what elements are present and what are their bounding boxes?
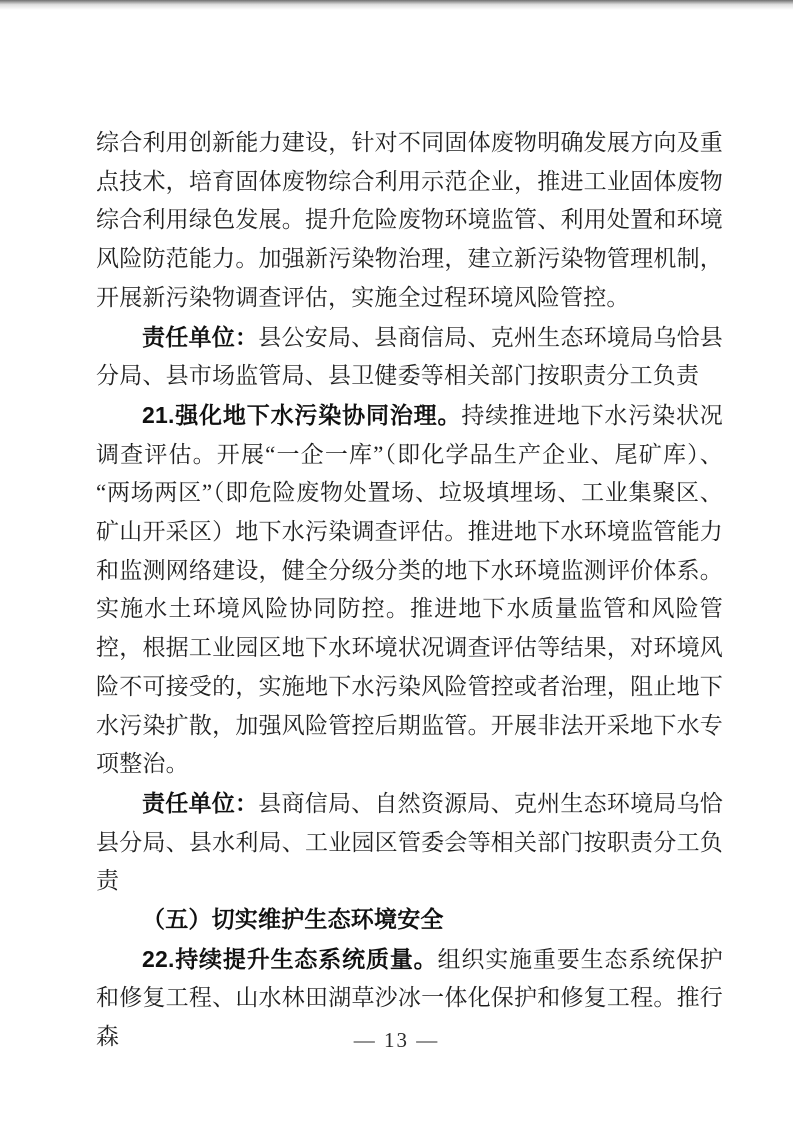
paragraph: 21.强化地下水污染协同治理。持续推进地下水污染状况调查评估。开展“一企一库”（… xyxy=(96,396,723,784)
paragraph: 综合利用创新能力建设，针对不同固体废物明确发展方向及重点技术，培育固体废物综合利… xyxy=(96,124,723,318)
bold-run: 责任单位： xyxy=(142,324,258,350)
document-body: 综合利用创新能力建设，针对不同固体废物明确发展方向及重点技术，培育固体废物综合利… xyxy=(96,124,723,1057)
section-heading: （五）切实维护生态环境安全 xyxy=(96,901,723,940)
scan-edge-shadow xyxy=(0,0,793,10)
page-footer: — 13 — xyxy=(0,1028,793,1053)
text-run: 持续推进地下水污染状况调查评估。开展“一企一库”（即化学品生产企业、尾矿库）、“… xyxy=(96,403,723,776)
page-number: — 13 — xyxy=(354,1028,440,1052)
scanned-document-page: { "page": { "background_color": "#ffffff… xyxy=(0,0,793,1122)
paragraph: 责任单位：县公安局、县商信局、克州生态环境局乌恰县分局、县市场监管局、县卫健委等… xyxy=(96,318,723,396)
paragraph: 责任单位：县商信局、自然资源局、克州生态环境局乌恰县分局、县水利局、工业园区管委… xyxy=(96,784,723,901)
bold-run: 责任单位： xyxy=(142,790,258,816)
bold-run: （五）切实维护生态环境安全 xyxy=(142,907,444,932)
bold-run: 21.强化地下水污染协同治理。 xyxy=(142,402,461,428)
bold-run: 22.持续提升生态系统质量。 xyxy=(142,946,438,972)
text-run: 综合利用创新能力建设，针对不同固体废物明确发展方向及重点技术，培育固体废物综合利… xyxy=(96,130,723,310)
